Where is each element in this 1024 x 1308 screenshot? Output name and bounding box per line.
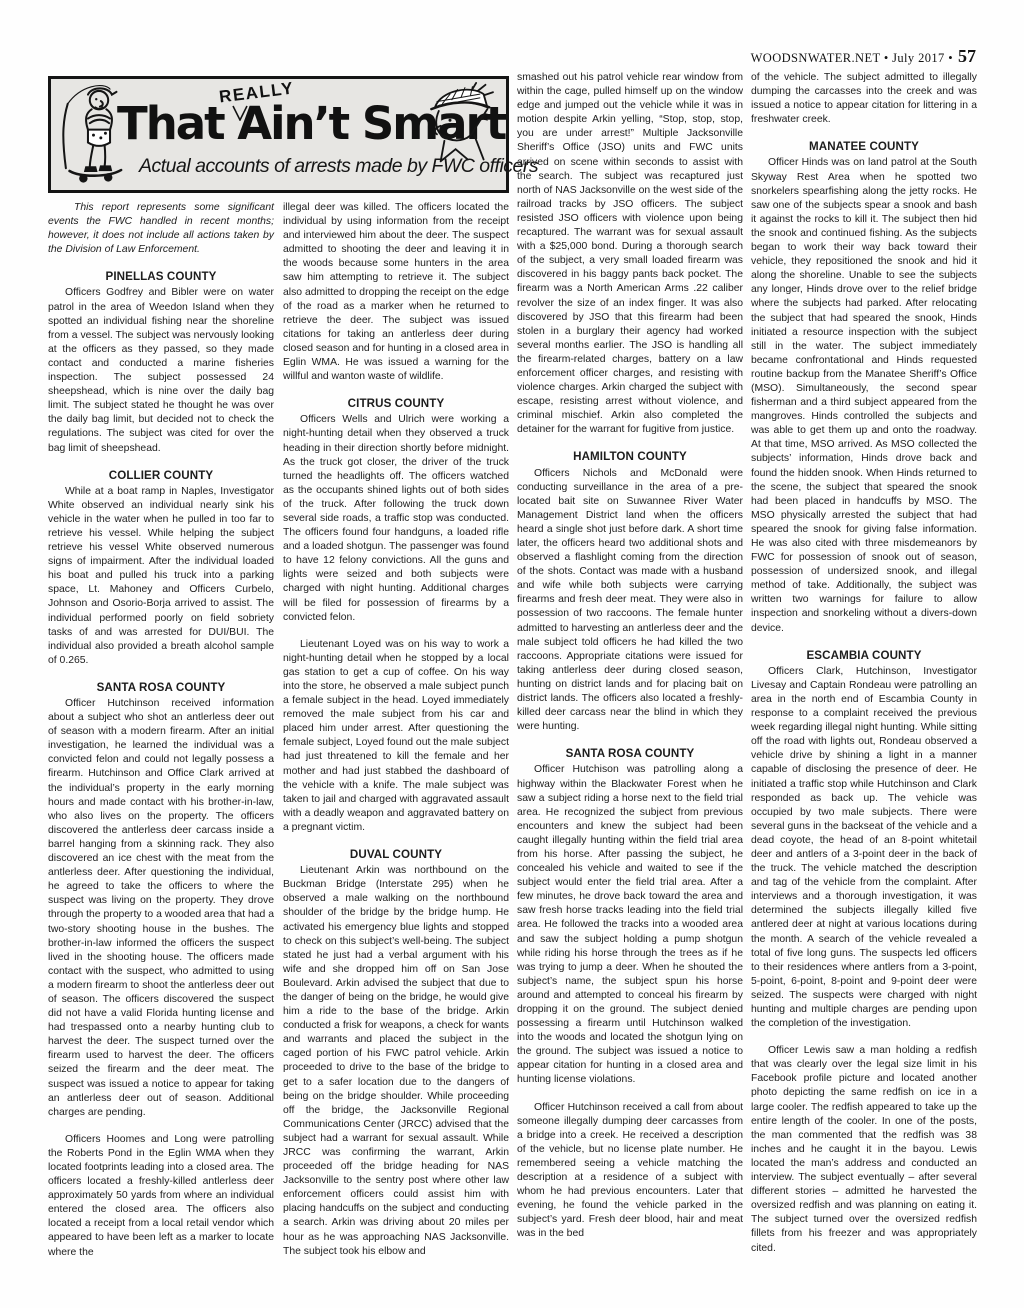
newspaper-page: WOODSNWATER.NET • July 2017 • 57	[0, 0, 1024, 1308]
article-column-3: smashed out his patrol vehicle rear wind…	[517, 71, 743, 1255]
article-paragraph: Lieutenant Loyed was on his way to work …	[283, 638, 509, 835]
article-paragraph: of the vehicle. The subject admitted to …	[751, 71, 977, 127]
article-paragraph: Officer Hutchinson received information …	[48, 697, 274, 1120]
article-column-2: illegal deer was killed. The officers lo…	[283, 201, 509, 1272]
article-column-4: of the vehicle. The subject admitted to …	[751, 71, 977, 1269]
county-heading: CITRUS COUNTY	[283, 397, 509, 411]
county-heading: SANTA ROSA COUNTY	[48, 681, 274, 695]
article-paragraph: Lieutenant Arkin was northbound on the B…	[283, 864, 509, 1259]
page-header: WOODSNWATER.NET • July 2017 • 57	[751, 46, 976, 67]
county-heading: PINELLAS COUNTY	[48, 270, 274, 284]
article-paragraph: Officers Clark, Hutchinson, Investigator…	[751, 665, 977, 1031]
county-heading: COLLIER COUNTY	[48, 469, 274, 483]
article-paragraph: Officer Hutchison was patrolling along a…	[517, 763, 743, 1087]
column-banner: REALLY That Ain’t Smart Actual accounts …	[48, 76, 509, 193]
article-paragraph: Officer Hutchinson received a call from …	[517, 1101, 743, 1242]
county-heading: HAMILTON COUNTY	[517, 450, 743, 464]
site-and-date: WOODSNWATER.NET • July 2017 •	[751, 51, 953, 66]
article-paragraph: Officer Hinds was on land patrol at the …	[751, 156, 977, 635]
page-number: 57	[958, 46, 976, 67]
county-heading: DUVAL COUNTY	[283, 848, 509, 862]
article-paragraph: Officers Godfrey and Bibler were on wate…	[48, 286, 274, 455]
editor-intro-note: This report represents some significant …	[48, 201, 274, 257]
county-heading: MANATEE COUNTY	[751, 140, 977, 154]
article-paragraph: illegal deer was killed. The officers lo…	[283, 201, 509, 384]
article-paragraph: Officers Nichols and McDonald were condu…	[517, 467, 743, 735]
article-paragraph: Officers Wells and Ulrich were working a…	[283, 413, 509, 624]
article-column-1: This report represents some significant …	[48, 201, 274, 1273]
article-paragraph: smashed out his patrol vehicle rear wind…	[517, 71, 743, 437]
article-paragraph: Officer Lewis saw a man holding a redfis…	[751, 1044, 977, 1255]
article-paragraph: Officers Hoomes and Long were patrolling…	[48, 1133, 274, 1260]
article-paragraph: While at a boat ramp in Naples, Investig…	[48, 485, 274, 668]
hunter-in-plaid-cap-cartoon-icon	[422, 79, 506, 174]
county-heading: SANTA ROSA COUNTY	[517, 747, 743, 761]
county-heading: ESCAMBIA COUNTY	[751, 649, 977, 663]
